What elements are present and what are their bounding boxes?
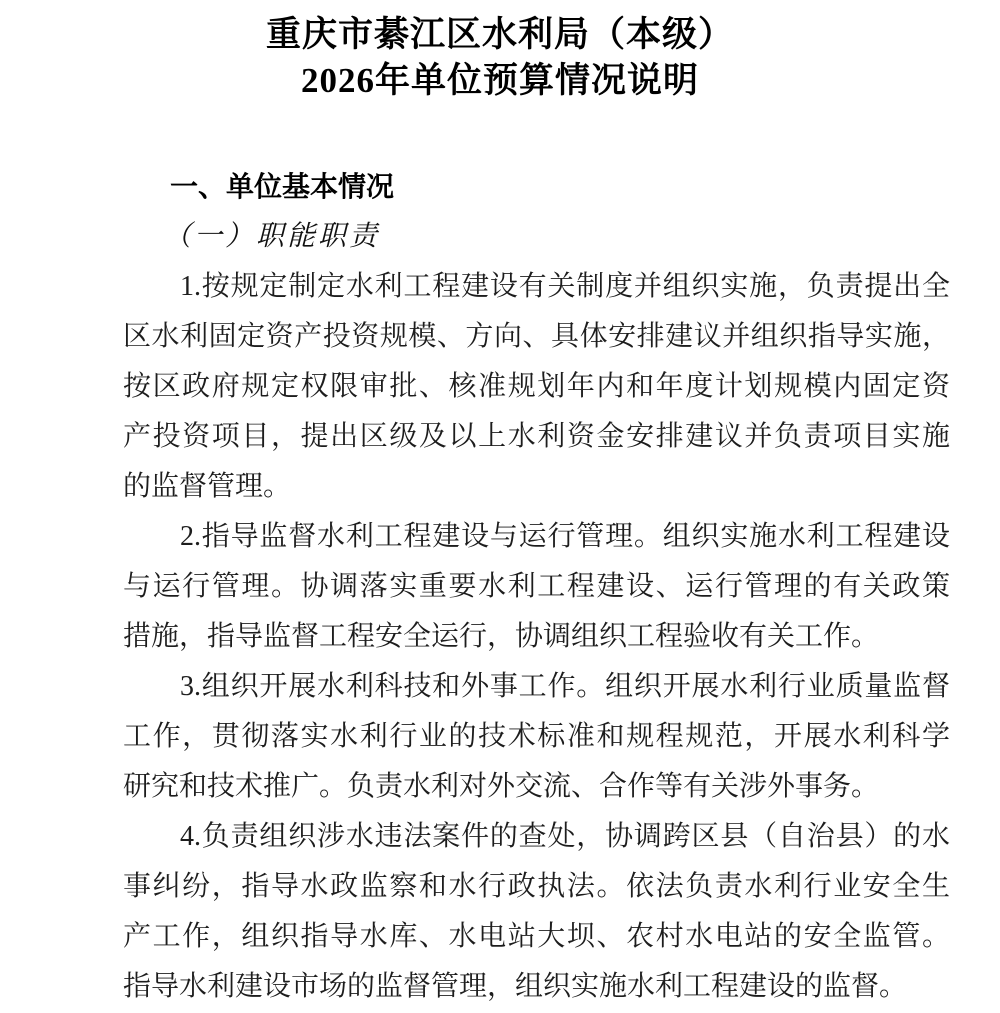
document-title-line-1: 重庆市綦江区水利局（本级）	[0, 12, 1000, 58]
paragraph-line: 按区政府规定权限审批、核准规划年内和年度计划规模内固定资	[123, 362, 950, 412]
paragraph-line: 事纠纷，指导水政监察和水行政执法。依法负责水利行业安全生	[123, 862, 950, 912]
document-title-line-2: 2026年单位预算情况说明	[0, 58, 1000, 104]
paragraph-line: 区水利固定资产投资规模、方向、具体安排建议并组织指导实施，	[123, 312, 950, 362]
paragraph-duty-1: 1.按规定制定水利工程建设有关制度并组织实施，负责提出全 区水利固定资产投资规模…	[123, 262, 950, 512]
paragraph-line: 2.指导监督水利工程建设与运行管理。组织实施水利工程建设	[123, 512, 950, 562]
paragraph-duty-4: 4.负责组织涉水违法案件的查处，协调跨区县（自治县）的水 事纠纷，指导水政监察和…	[123, 812, 950, 1012]
paragraph-duty-3: 3.组织开展水利科技和外事工作。组织开展水利行业质量监督 工作，贯彻落实水利行业…	[123, 662, 950, 812]
paragraph-line: 的监督管理。	[123, 462, 950, 512]
paragraph-line: 措施，指导监督工程安全运行，协调组织工程验收有关工作。	[123, 612, 950, 662]
document-body: 一、单位基本情况 （一）职能职责 1.按规定制定水利工程建设有关制度并组织实施，…	[123, 162, 950, 1012]
paragraph-line: 3.组织开展水利科技和外事工作。组织开展水利行业质量监督	[123, 662, 950, 712]
paragraph-line: 工作，贯彻落实水利行业的技术标准和规程规范，开展水利科学	[123, 712, 950, 762]
subsection-heading-duties: （一）职能职责	[123, 212, 950, 262]
paragraph-line: 与运行管理。协调落实重要水利工程建设、运行管理的有关政策	[123, 562, 950, 612]
section-heading-basic-info: 一、单位基本情况	[123, 162, 950, 212]
paragraph-line: 4.负责组织涉水违法案件的查处，协调跨区县（自治县）的水	[123, 812, 950, 862]
document-title: 重庆市綦江区水利局（本级） 2026年单位预算情况说明	[0, 0, 1000, 104]
paragraph-line: 1.按规定制定水利工程建设有关制度并组织实施，负责提出全	[123, 262, 950, 312]
paragraph-line: 产工作，组织指导水库、水电站大坝、农村水电站的安全监管。	[123, 912, 950, 962]
paragraph-line: 研究和技术推广。负责水利对外交流、合作等有关涉外事务。	[123, 762, 950, 812]
document-page: 重庆市綦江区水利局（本级） 2026年单位预算情况说明 一、单位基本情况 （一）…	[0, 0, 1000, 1013]
paragraph-duty-2: 2.指导监督水利工程建设与运行管理。组织实施水利工程建设 与运行管理。协调落实重…	[123, 512, 950, 662]
paragraph-line: 指导水利建设市场的监督管理，组织实施水利工程建设的监督。	[123, 962, 950, 1012]
paragraph-line: 产投资项目，提出区级及以上水利资金安排建议并负责项目实施	[123, 412, 950, 462]
